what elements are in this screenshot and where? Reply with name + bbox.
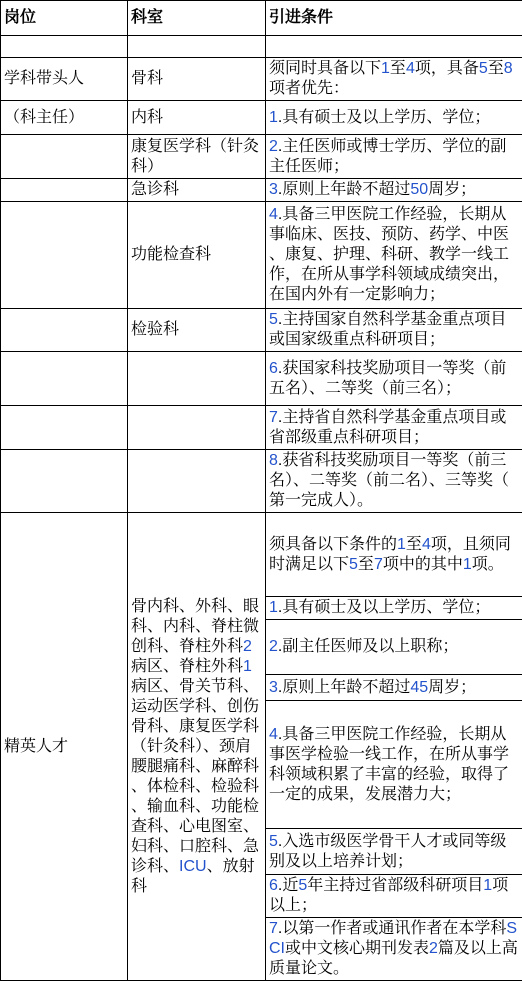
dept-cell: 功能检查科	[128, 202, 266, 309]
dept-cell: 骨科	[128, 58, 266, 101]
dept-cell: 检验科	[128, 309, 266, 352]
post-cell: （科主任）	[1, 101, 128, 135]
dept-cell-elite: 骨内科、外科、眼科、内科、脊柱微创科、脊柱外科2病区、脊柱外科1病区、骨关节科、…	[128, 513, 266, 981]
recruitment-conditions-table: 岗位 科室 引进条件 学科带头人 骨科 须同时具备以下1至4项，具备5至8项者优…	[0, 0, 522, 981]
header-row: 岗位 科室 引进条件	[1, 1, 522, 36]
post-cell	[1, 202, 128, 309]
dept-cell: 内科	[128, 101, 266, 135]
condition-cell: 2.副主任医师及以上职称；	[266, 620, 522, 675]
dept-cell	[128, 36, 266, 58]
table-row: 学科带头人 骨科 须同时具备以下1至4项，具备5至8项者优先：	[1, 58, 522, 101]
condition-cell: 5.主持国家自然科学基金重点项目或国家级重点科研项目；	[266, 309, 522, 352]
condition-cell: 3.原则上年龄不超过50周岁；	[266, 179, 522, 202]
table-row: 7.主持省自然科学基金重点项目或省部级重点科研项目；	[1, 406, 522, 450]
condition-cell: 须具备以下条件的1至4项，且须同时满足以下5至7项中的其中1项。	[266, 513, 522, 597]
table-row: 6.获国家科技奖励项目一等奖（前五名）、二等奖（前三名）；	[1, 352, 522, 406]
table-row: 8.获省科技奖励项目一等奖（前三名）、二等奖（前二名）、三等奖（第一完成人）。	[1, 450, 522, 513]
condition-cell: 7.主持省自然科学基金重点项目或省部级重点科研项目；	[266, 406, 522, 450]
condition-cell: 1.具有硕士及以上学历、学位；	[266, 597, 522, 620]
post-cell	[1, 352, 128, 406]
table-row: 康复医学科（针灸科） 2.主任医师或博士学历、学位的副主任医师；	[1, 135, 522, 179]
header-conditions: 引进条件	[266, 1, 522, 36]
table-row: 精英人才 骨内科、外科、眼科、内科、脊柱微创科、脊柱外科2病区、脊柱外科1病区、…	[1, 513, 522, 597]
dept-cell	[128, 450, 266, 513]
table-row: 功能检查科 4.具备三甲医院工作经验，长期从事临床、医技、预防、药学、中医、康复…	[1, 202, 522, 309]
header-dept: 科室	[128, 1, 266, 36]
dept-cell: 康复医学科（针灸科）	[128, 135, 266, 179]
condition-cell: 7.以第一作者或通讯作者在本学科SCI或中文核心期刊发表2篇及以上高质量论文。	[266, 918, 522, 981]
condition-cell: 6.获国家科技奖励项目一等奖（前五名）、二等奖（前三名）；	[266, 352, 522, 406]
condition-cell: 4.具备三甲医院工作经验，长期从事医学检验一线工作，在所从事学科领域积累了丰富的…	[266, 701, 522, 829]
post-cell	[1, 450, 128, 513]
condition-cell: 2.主任医师或博士学历、学位的副主任医师；	[266, 135, 522, 179]
condition-cell: 8.获省科技奖励项目一等奖（前三名）、二等奖（前二名）、三等奖（第一完成人）。	[266, 450, 522, 513]
header-post: 岗位	[1, 1, 128, 36]
condition-cell: 须同时具备以下1至4项，具备5至8项者优先：	[266, 58, 522, 101]
condition-cell: 1.具有硕士及以上学历、学位；	[266, 101, 522, 135]
post-cell: 学科带头人	[1, 58, 128, 101]
condition-cell	[266, 36, 522, 58]
condition-cell: 4.具备三甲医院工作经验，长期从事临床、医技、预防、药学、中医、康复、护理、科研…	[266, 202, 522, 309]
post-cell-elite: 精英人才	[1, 513, 128, 981]
post-cell	[1, 135, 128, 179]
dept-cell	[128, 406, 266, 450]
post-cell	[1, 36, 128, 58]
post-cell	[1, 406, 128, 450]
dept-cell: 急诊科	[128, 179, 266, 202]
post-cell	[1, 309, 128, 352]
condition-cell: 6.近5年主持过省部级科研项目1项以上；	[266, 875, 522, 918]
post-cell	[1, 179, 128, 202]
table-row: （科主任） 内科 1.具有硕士及以上学历、学位；	[1, 101, 522, 135]
condition-cell: 5.入选市级医学骨干人才或同等级别及以上培养计划；	[266, 829, 522, 875]
dept-cell	[128, 352, 266, 406]
empty-row	[1, 36, 522, 58]
condition-cell: 3.原则上年龄不超过45周岁；	[266, 675, 522, 701]
table-row: 急诊科 3.原则上年龄不超过50周岁；	[1, 179, 522, 202]
table-row: 检验科 5.主持国家自然科学基金重点项目或国家级重点科研项目；	[1, 309, 522, 352]
